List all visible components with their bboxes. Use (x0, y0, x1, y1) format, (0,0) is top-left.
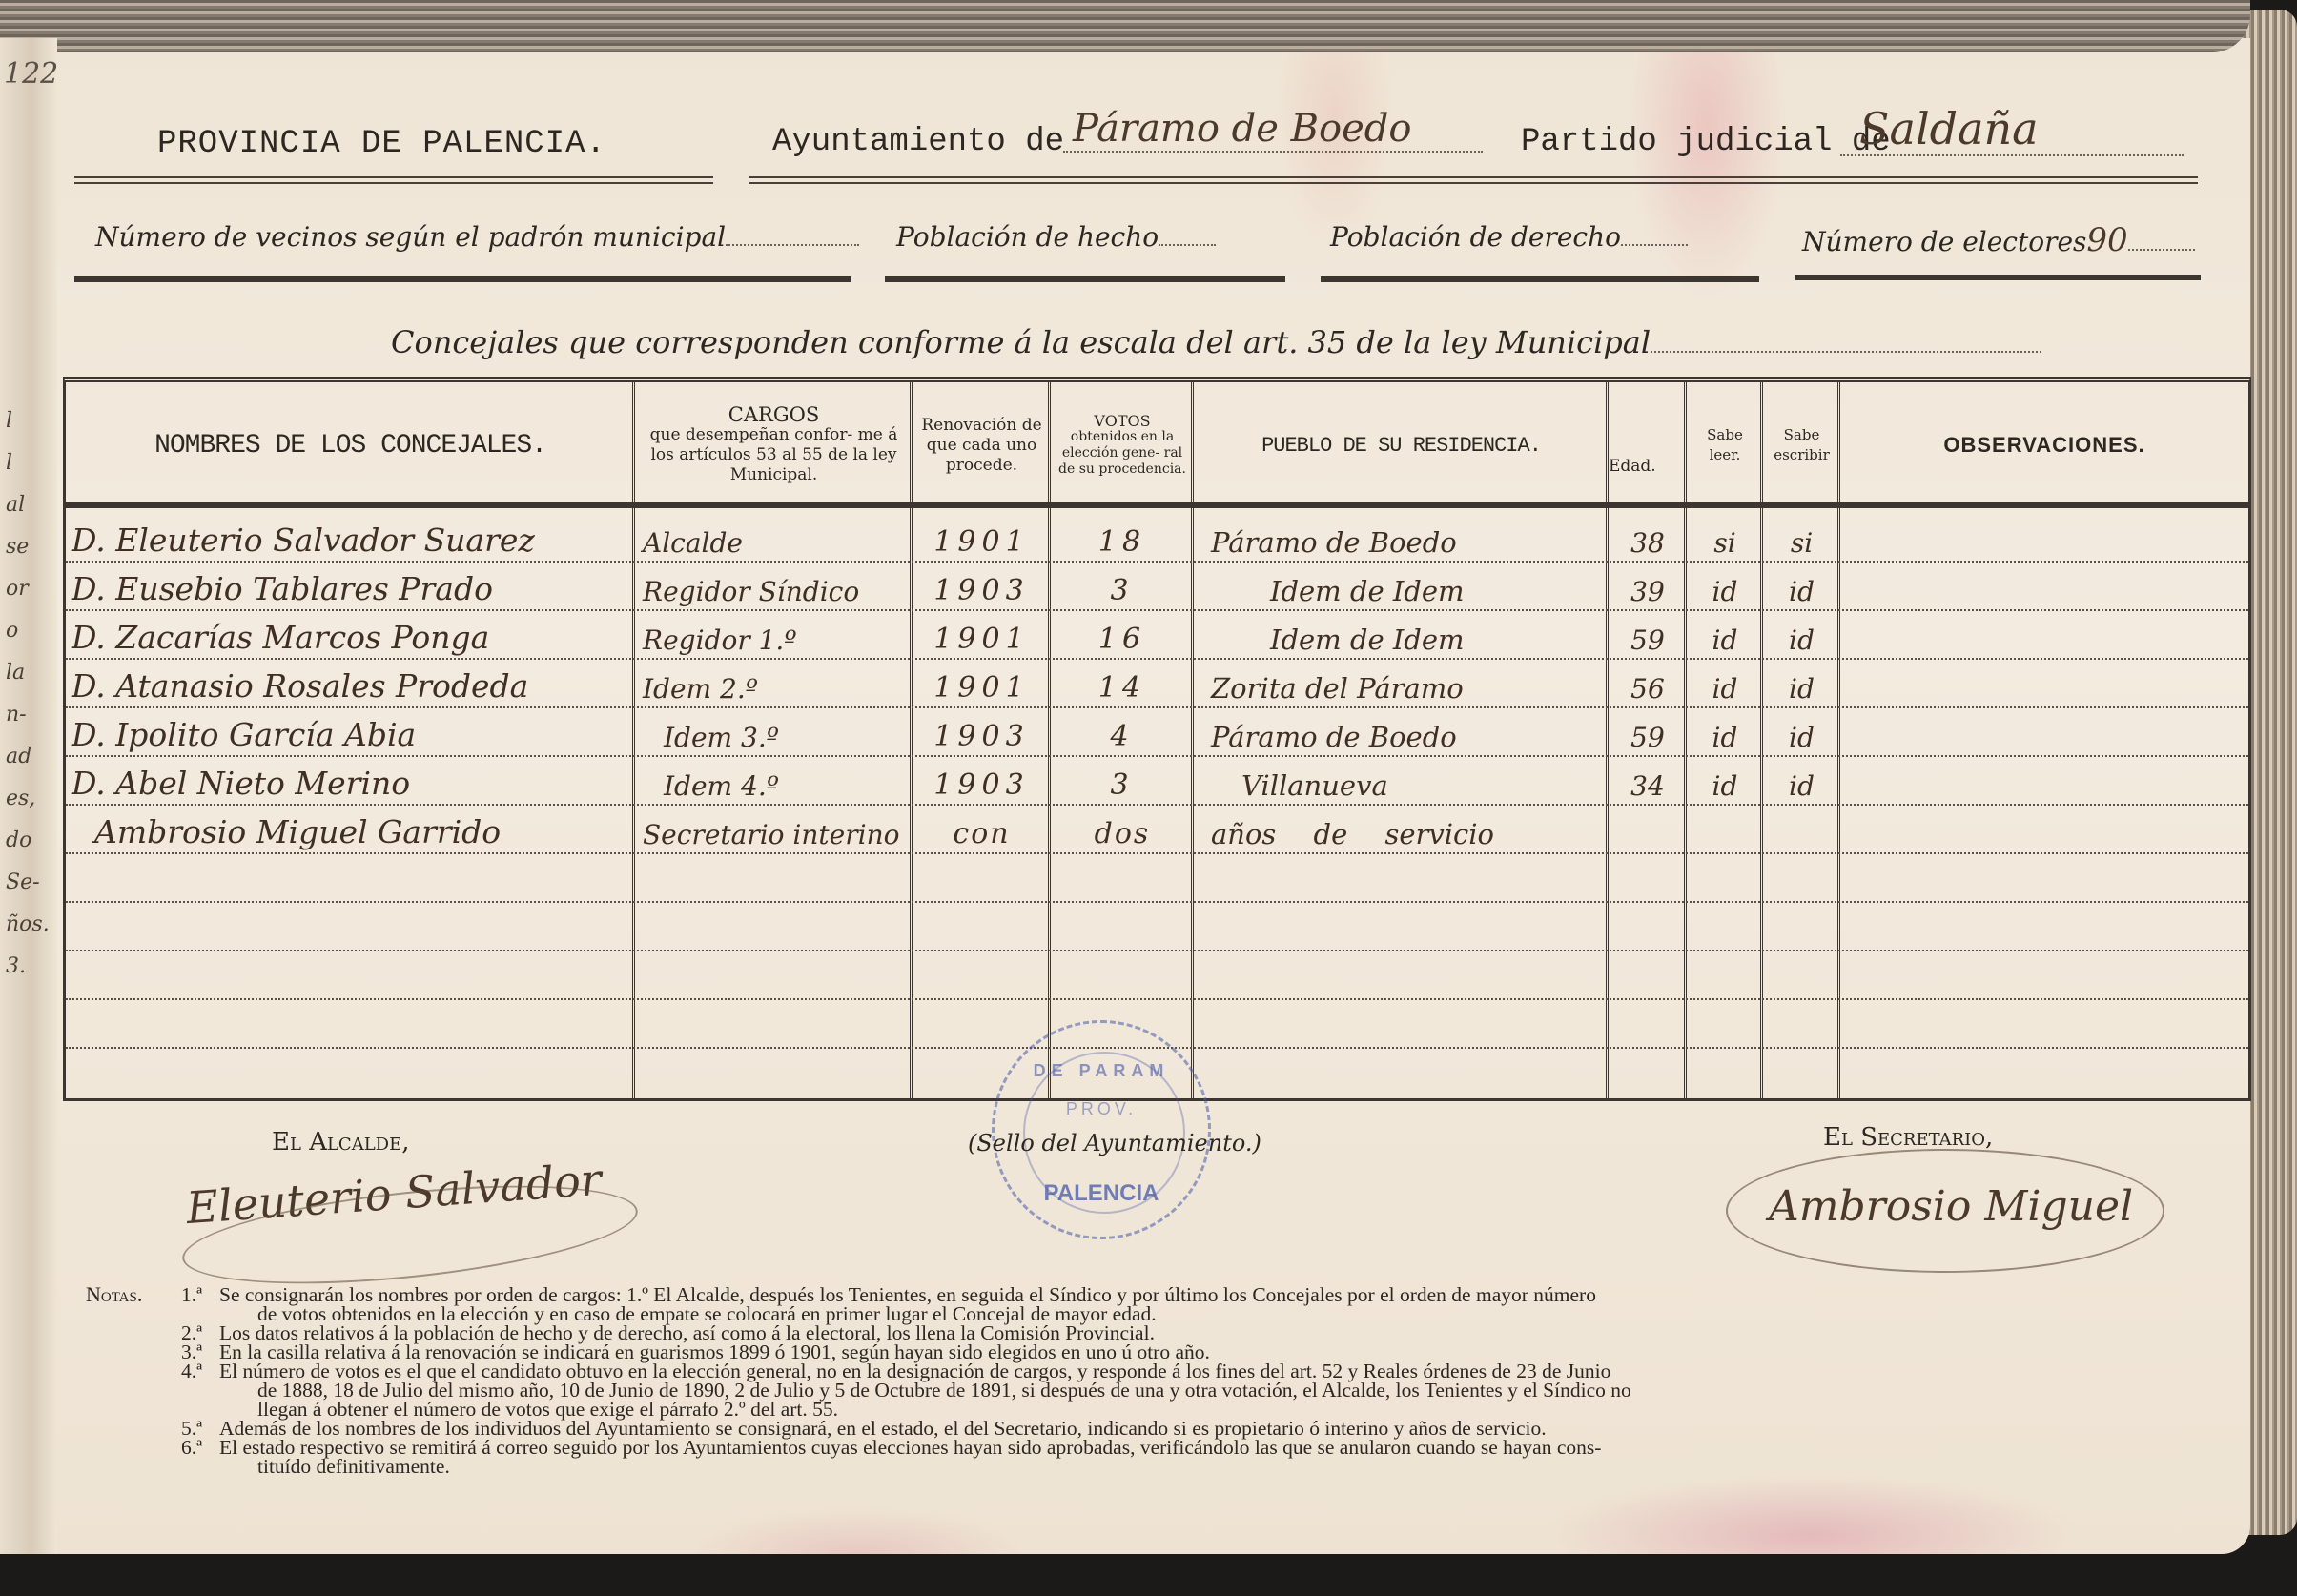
notes-heading: Notas. (86, 1285, 142, 1304)
header-rule (74, 176, 713, 184)
ayuntamiento-label: Ayuntamiento de (772, 124, 1064, 160)
cell-sabe-escribir: id (1763, 611, 1840, 660)
header-rule (749, 176, 1492, 184)
electores-label: Número de electores (1802, 226, 2086, 257)
header-cargos-sub: que desempeñan confor- me á los artículo… (635, 425, 913, 485)
header-votos-title: VOTOS (1094, 413, 1150, 429)
concejales-escala-line: Concejales que corresponden conforme á l… (391, 324, 2041, 360)
note-3: 3.ª En la casilla relativa á la renovaci… (181, 1342, 2231, 1361)
cell-pueblo: Idem de Idem (1194, 611, 1609, 660)
poblacion-derecho-value (1621, 227, 1688, 246)
poblacion-hecho-value (1159, 227, 1216, 246)
stamp-city-text: PALENCIA (995, 1180, 1208, 1207)
header-renovacion: Renovación de que cada uno procede. (913, 382, 1051, 508)
fields-rule (1795, 275, 2201, 280)
secretario-label: El Secretario, (1823, 1123, 1993, 1152)
poblacion-derecho-label: Población de derecho (1330, 221, 1621, 253)
cell-cargo: Alcalde (635, 514, 913, 563)
cell-nombre: D. Abel Nieto Merino (66, 757, 635, 806)
cell-sabe-leer: id (1687, 611, 1763, 660)
secretario-signature: Ambrosio Miguel (1769, 1182, 2133, 1231)
cell-sabe-escribir: id (1763, 757, 1840, 806)
cell-renovacion: 1903 (913, 757, 1051, 806)
cell-observaciones (1840, 660, 2248, 708)
note-number: 3.ª (181, 1342, 202, 1361)
form-header: PROVINCIA DE PALENCIA. Ayuntamiento de P… (0, 114, 2297, 172)
cell-sabe-escribir: id (1763, 708, 1840, 757)
note-1: 1.ª Se consignarán los nombres por orden… (181, 1285, 2231, 1323)
cell-sabe-leer (1687, 806, 1763, 854)
note-2: 2.ª Los datos relativos á la población d… (181, 1323, 2231, 1342)
header-rule (1487, 176, 2198, 184)
table-row: D. Eleuterio Salvador Suarez Alcalde 190… (66, 514, 2248, 563)
cell-edad: 34 (1609, 757, 1687, 806)
note-number: 4.ª (181, 1361, 202, 1381)
cell-nombre: D. Ipolito García Abia (66, 708, 635, 757)
cell-edad: 38 (1609, 514, 1687, 563)
cell-sabe-leer: si (1687, 514, 1763, 563)
cell-votos: 3 (1051, 563, 1194, 611)
cell-pueblo: Idem de Idem (1194, 563, 1609, 611)
table-header: NOMBRES DE LOS CONCEJALES. CARGOS que de… (66, 382, 2248, 508)
electores-dots (2128, 232, 2195, 251)
cell-nombre: D. Eusebio Tablares Prado (66, 563, 635, 611)
cell-pueblo: Páramo de Boedo (1194, 514, 1609, 563)
cell-observaciones (1840, 563, 2248, 611)
cell-observaciones (1840, 514, 2248, 563)
poblacion-hecho-label: Población de hecho (896, 221, 1159, 253)
cell-sabe-leer: id (1687, 563, 1763, 611)
margin-fragment: al (6, 484, 44, 526)
cell-nombre: D. Eleuterio Salvador Suarez (66, 514, 635, 563)
cell-cargo: Secretario interino (635, 806, 913, 854)
partido-judicial-label: Partido judicial de (1521, 124, 1891, 160)
note-5: 5.ª Además de los nombres de los individ… (181, 1419, 2231, 1438)
note-text: Se consignarán los nombres por orden de … (219, 1285, 2231, 1304)
cell-renovacion: 1901 (913, 514, 1051, 563)
cell-pueblo: Zorita del Páramo (1194, 660, 1609, 708)
note-6: 6.ª El estado respectivo se remitirá á c… (181, 1438, 2231, 1476)
table-row-empty (66, 951, 2248, 1000)
concejales-escala-text: Concejales que corresponden conforme á l… (391, 324, 1651, 360)
table-row: D. Ipolito García Abia Idem 3.º 1903 4 P… (66, 708, 2248, 757)
provincia-title: PROVINCIA DE PALENCIA. (157, 126, 606, 162)
note-text: de votos obtenidos en la elección y en c… (257, 1304, 2231, 1323)
cell-votos: 4 (1051, 708, 1194, 757)
cell-observaciones (1840, 708, 2248, 757)
cell-renovacion: 1903 (913, 563, 1051, 611)
margin-fragment: la (6, 652, 44, 694)
cell-cargo: Regidor Síndico (635, 563, 913, 611)
note-text: Los datos relativos á la población de he… (219, 1323, 2231, 1342)
book-top-edge (0, 0, 2250, 52)
cell-pueblo: Villanueva (1194, 757, 1609, 806)
page-number: 122 (4, 57, 58, 91)
margin-fragment: o (6, 610, 44, 652)
cell-cargo: Idem 2.º (635, 660, 913, 708)
margin-fragment: l (6, 400, 44, 442)
note-text: El número de votos es el que el candidat… (219, 1361, 2231, 1381)
electores-value: 90 (2086, 221, 2127, 259)
table-row: Ambrosio Miguel Garrido Secretario inter… (66, 806, 2248, 854)
stamp-prov-text: PROV. (995, 1099, 1208, 1119)
concejales-table: NOMBRES DE LOS CONCEJALES. CARGOS que de… (63, 377, 2251, 1101)
cell-renovacion: 1901 (913, 660, 1051, 708)
table-row: D. Atanasio Rosales Prodeda Idem 2.º 190… (66, 660, 2248, 708)
cell-observaciones (1840, 757, 2248, 806)
fields-rule (885, 276, 1285, 282)
cell-votos: 16 (1051, 611, 1194, 660)
cell-cargo: Idem 3.º (635, 708, 913, 757)
note-text: En la casilla relativa á la renovación s… (219, 1342, 2231, 1361)
header-votos-sub: obtenidos en la elección gene- ral de su… (1051, 429, 1194, 478)
header-observaciones: OBSERVACIONES. (1840, 382, 2248, 508)
cell-pueblo: Páramo de Boedo (1194, 708, 1609, 757)
cell-votos: 18 (1051, 514, 1194, 563)
margin-fragment: ad (6, 736, 44, 778)
population-fields: Número de vecinos según el padrón munici… (0, 221, 2297, 269)
cell-renovacion: con (913, 806, 1051, 854)
margin-fragment: es, (6, 778, 44, 820)
left-margin-fragments: l l al se or o la n- ad es, do Se- ños. … (6, 400, 44, 988)
cell-sabe-escribir: id (1763, 660, 1840, 708)
table-row: D. Abel Nieto Merino Idem 4.º 1903 3 Vil… (66, 757, 2248, 806)
poblacion-hecho-field: Población de hecho (896, 221, 1216, 253)
note-4: 4.ª El número de votos es el que el cand… (181, 1361, 2231, 1419)
margin-fragment: or (6, 568, 44, 610)
alcalde-label: El Alcalde, (272, 1128, 410, 1156)
cell-votos: 14 (1051, 660, 1194, 708)
cell-sabe-leer: id (1687, 708, 1763, 757)
margin-fragment: do (6, 820, 44, 862)
header-pueblo: PUEBLO DE SU RESIDENCIA. (1194, 382, 1609, 508)
margin-fragment: ños. (6, 904, 44, 946)
cell-observaciones (1840, 806, 2248, 854)
cell-nombre: Ambrosio Miguel Garrido (66, 806, 635, 854)
cell-nombre: D. Zacarías Marcos Ponga (66, 611, 635, 660)
note-number: 5.ª (181, 1419, 202, 1438)
margin-fragment: 3. (6, 946, 44, 988)
cell-sabe-escribir (1763, 806, 1840, 854)
cell-nombre: D. Atanasio Rosales Prodeda (66, 660, 635, 708)
cell-sabe-leer: id (1687, 660, 1763, 708)
concejales-dots (1651, 334, 2041, 353)
poblacion-derecho-field: Población de derecho (1330, 221, 1688, 253)
stamp-top-text: DE PARAM (995, 1061, 1208, 1081)
table-row-empty (66, 854, 2248, 903)
sello-label: (Sello del Ayuntamiento.) (968, 1130, 1261, 1156)
cell-cargo: Regidor 1.º (635, 611, 913, 660)
margin-fragment: n- (6, 694, 44, 736)
cell-renovacion: 1903 (913, 708, 1051, 757)
vecinos-field: Número de vecinos según el padrón munici… (95, 221, 859, 253)
vecinos-value (726, 227, 859, 246)
table-row-empty (66, 903, 2248, 951)
cell-sabe-escribir: si (1763, 514, 1840, 563)
margin-fragment: se (6, 526, 44, 568)
cell-renovacion: 1901 (913, 611, 1051, 660)
header-sabe-leer: Sabe leer. (1687, 382, 1763, 508)
cell-edad: 59 (1609, 611, 1687, 660)
cell-votos: 3 (1051, 757, 1194, 806)
note-text: El estado respectivo se remitirá á corre… (219, 1438, 2231, 1457)
fields-rule (1321, 276, 1759, 282)
cell-observaciones (1840, 611, 2248, 660)
cell-sabe-leer: id (1687, 757, 1763, 806)
margin-fragment: l (6, 442, 44, 484)
header-cargos: CARGOS que desempeñan confor- me á los a… (635, 382, 913, 508)
fields-rule (74, 276, 851, 282)
header-edad: Edad. (1609, 382, 1687, 508)
note-text: llegan á obtener el número de votos que … (257, 1400, 2231, 1419)
table-row: D. Eusebio Tablares Prado Regidor Síndic… (66, 563, 2248, 611)
cell-votos: dos (1051, 806, 1194, 854)
partido-judicial-value: Saldaña (1840, 103, 2184, 156)
header-cargos-title: CARGOS (728, 405, 819, 425)
header-nombres: NOMBRES DE LOS CONCEJALES. (66, 382, 635, 508)
table-row: D. Zacarías Marcos Ponga Regidor 1.º 190… (66, 611, 2248, 660)
note-number: 2.ª (181, 1323, 202, 1342)
cell-cargo: Idem 4.º (635, 757, 913, 806)
note-text: tituído definitivamente. (257, 1457, 2231, 1476)
cell-edad: 59 (1609, 708, 1687, 757)
margin-fragment: Se- (6, 862, 44, 904)
ayuntamiento-value: Páramo de Boedo (1063, 107, 1483, 153)
cell-edad (1609, 806, 1687, 854)
cell-edad: 39 (1609, 563, 1687, 611)
header-votos: VOTOS obtenidos en la elección gene- ral… (1051, 382, 1194, 508)
cell-edad: 56 (1609, 660, 1687, 708)
vecinos-label: Número de vecinos según el padrón munici… (95, 221, 726, 253)
note-text: Además de los nombres de los individuos … (219, 1419, 2231, 1438)
cell-sabe-escribir: id (1763, 563, 1840, 611)
electores-field: Número de electores90 (1802, 221, 2195, 259)
note-number: 1.ª (181, 1285, 202, 1304)
note-number: 6.ª (181, 1438, 202, 1457)
header-sabe-escribir: Sabe escribir (1763, 382, 1840, 508)
note-text: de 1888, 18 de Julio del mismo año, 10 d… (257, 1381, 2231, 1400)
